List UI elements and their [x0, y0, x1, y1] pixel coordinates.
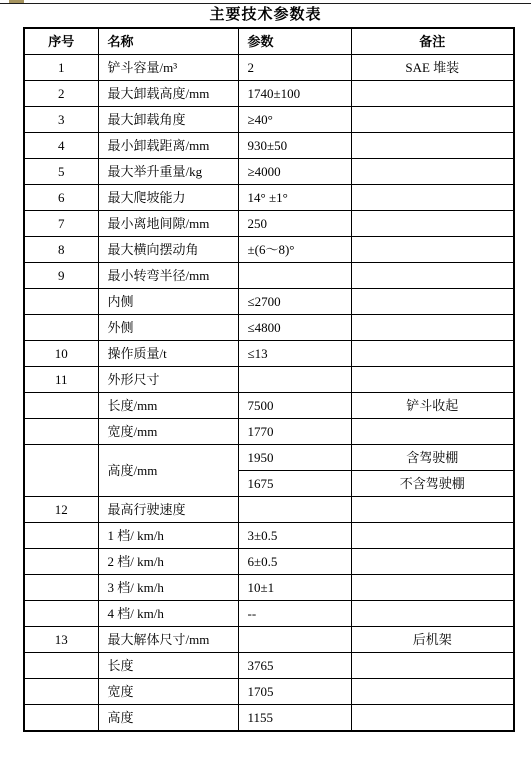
- cell-name: 外形尺寸: [98, 367, 238, 393]
- cell-note: 含驾驶棚: [351, 445, 514, 471]
- cell-param: [238, 367, 351, 393]
- cell-seq: 8: [24, 237, 98, 263]
- cell-note: [351, 185, 514, 211]
- cell-seq: 7: [24, 211, 98, 237]
- table-row: 11外形尺寸: [24, 367, 514, 393]
- cell-param: --: [238, 601, 351, 627]
- cell-seq: 10: [24, 341, 98, 367]
- cell-note: [351, 497, 514, 523]
- cell-param: 3765: [238, 653, 351, 679]
- cell-note: [351, 549, 514, 575]
- cell-name: 4 档/ km/h: [98, 601, 238, 627]
- cell-name: 铲斗容量/m³: [98, 55, 238, 81]
- table-row: 9最小转弯半径/mm: [24, 263, 514, 289]
- cell-seq: 9: [24, 263, 98, 289]
- table-header: 序号 名称 参数 备注: [24, 28, 514, 55]
- cell-name: 最大横向摆动角: [98, 237, 238, 263]
- cell-name: 最大卸载高度/mm: [98, 81, 238, 107]
- cell-note: [351, 81, 514, 107]
- cell-note: [351, 679, 514, 705]
- cell-seq: 13: [24, 627, 98, 653]
- cell-seq: [24, 653, 98, 679]
- cell-seq: 3: [24, 107, 98, 133]
- table-row: 2 档/ km/h6±0.5: [24, 549, 514, 575]
- cell-name: 3 档/ km/h: [98, 575, 238, 601]
- cell-note: [351, 601, 514, 627]
- cell-name: 内侧: [98, 289, 238, 315]
- table-row: 4 档/ km/h--: [24, 601, 514, 627]
- cell-param: ≤4800: [238, 315, 351, 341]
- table-row: 2最大卸载高度/mm1740±100: [24, 81, 514, 107]
- table-row: 4最小卸载距离/mm930±50: [24, 133, 514, 159]
- cell-note: [351, 653, 514, 679]
- header-name: 名称: [98, 28, 238, 55]
- table-row: 12最高行驶速度: [24, 497, 514, 523]
- cell-seq: 5: [24, 159, 98, 185]
- table-row: 5最大举升重量/kg≥4000: [24, 159, 514, 185]
- cell-note: [351, 315, 514, 341]
- table-row: 长度/mm7500铲斗收起: [24, 393, 514, 419]
- cell-param: 6±0.5: [238, 549, 351, 575]
- cell-name: 长度/mm: [98, 393, 238, 419]
- cell-param: 1705: [238, 679, 351, 705]
- cell-note: [351, 705, 514, 732]
- cell-param: [238, 627, 351, 653]
- cell-seq: [24, 575, 98, 601]
- top-divider: [0, 3, 531, 4]
- cell-note: [351, 159, 514, 185]
- page-title: 主要技术参数表: [0, 0, 531, 27]
- cell-name: 1 档/ km/h: [98, 523, 238, 549]
- cell-note: [351, 263, 514, 289]
- header-row: 序号 名称 参数 备注: [24, 28, 514, 55]
- cell-param: 250: [238, 211, 351, 237]
- cell-seq: [24, 419, 98, 445]
- header-seq: 序号: [24, 28, 98, 55]
- table-row: 内侧≤2700: [24, 289, 514, 315]
- cell-note: 后机架: [351, 627, 514, 653]
- table-row: 13最大解体尺寸/mm后机架: [24, 627, 514, 653]
- cell-param: ≥40°: [238, 107, 351, 133]
- cell-param: ≤2700: [238, 289, 351, 315]
- cell-name: 最大卸载角度: [98, 107, 238, 133]
- cell-param: 1155: [238, 705, 351, 732]
- cell-note: [351, 523, 514, 549]
- cell-param: 2: [238, 55, 351, 81]
- cell-param: 7500: [238, 393, 351, 419]
- table-row: 外侧≤4800: [24, 315, 514, 341]
- cell-name: 最大解体尺寸/mm: [98, 627, 238, 653]
- cell-param: 10±1: [238, 575, 351, 601]
- parameters-table: 序号 名称 参数 备注 1铲斗容量/m³2SAE 堆装2最大卸载高度/mm174…: [23, 27, 515, 732]
- header-param: 参数: [238, 28, 351, 55]
- cell-note: [351, 133, 514, 159]
- cell-note: 不含驾驶棚: [351, 471, 514, 497]
- cell-seq: 4: [24, 133, 98, 159]
- cell-param: 930±50: [238, 133, 351, 159]
- cell-note: [351, 107, 514, 133]
- cell-note: [351, 341, 514, 367]
- table-row: 1铲斗容量/m³2SAE 堆装: [24, 55, 514, 81]
- cell-param: 1950: [238, 445, 351, 471]
- table-body: 1铲斗容量/m³2SAE 堆装2最大卸载高度/mm1740±1003最大卸载角度…: [24, 55, 514, 732]
- cell-seq: 12: [24, 497, 98, 523]
- cell-param: [238, 263, 351, 289]
- cell-note: [351, 211, 514, 237]
- cell-name: 最小卸载距离/mm: [98, 133, 238, 159]
- table-row: 高度/mm1950含驾驶棚: [24, 445, 514, 471]
- cell-param: 14° ±1°: [238, 185, 351, 211]
- cell-name: 长度: [98, 653, 238, 679]
- table-row: 宽度/mm1770: [24, 419, 514, 445]
- cell-param: [238, 497, 351, 523]
- cell-name: 最小转弯半径/mm: [98, 263, 238, 289]
- table-row: 高度1155: [24, 705, 514, 732]
- table-row: 宽度1705: [24, 679, 514, 705]
- cell-param: 3±0.5: [238, 523, 351, 549]
- table-row: 7最小离地间隙/mm250: [24, 211, 514, 237]
- table-row: 3 档/ km/h10±1: [24, 575, 514, 601]
- cell-seq: [24, 315, 98, 341]
- cell-seq: 1: [24, 55, 98, 81]
- cell-note: [351, 575, 514, 601]
- cell-seq: [24, 705, 98, 732]
- cell-name: 操作质量/t: [98, 341, 238, 367]
- cell-seq: 11: [24, 367, 98, 393]
- table-row: 6最大爬坡能力14° ±1°: [24, 185, 514, 211]
- cell-param: 1770: [238, 419, 351, 445]
- cell-name: 宽度/mm: [98, 419, 238, 445]
- cell-name: 宽度: [98, 679, 238, 705]
- cell-name: 最高行驶速度: [98, 497, 238, 523]
- cell-name: 外侧: [98, 315, 238, 341]
- header-note: 备注: [351, 28, 514, 55]
- cell-seq: [24, 679, 98, 705]
- cell-param: 1740±100: [238, 81, 351, 107]
- cell-name: 最大举升重量/kg: [98, 159, 238, 185]
- table-row: 8最大横向摆动角±(6～8)°: [24, 237, 514, 263]
- cell-note: [351, 419, 514, 445]
- cell-seq: [24, 393, 98, 419]
- cell-seq: [24, 523, 98, 549]
- table-row: 10操作质量/t≤13: [24, 341, 514, 367]
- cell-name: 高度: [98, 705, 238, 732]
- cell-name: 最小离地间隙/mm: [98, 211, 238, 237]
- cell-seq: [24, 289, 98, 315]
- cell-seq: 2: [24, 81, 98, 107]
- table-row: 1 档/ km/h3±0.5: [24, 523, 514, 549]
- cell-note: [351, 289, 514, 315]
- cell-name: 高度/mm: [98, 445, 238, 497]
- cell-note: SAE 堆装: [351, 55, 514, 81]
- cell-note: 铲斗收起: [351, 393, 514, 419]
- table-row: 3最大卸载角度≥40°: [24, 107, 514, 133]
- cell-param: ≤13: [238, 341, 351, 367]
- cell-name: 2 档/ km/h: [98, 549, 238, 575]
- cell-seq: [24, 445, 98, 497]
- cell-note: [351, 367, 514, 393]
- cell-param: 1675: [238, 471, 351, 497]
- cell-param: ±(6～8)°: [238, 237, 351, 263]
- cell-seq: [24, 601, 98, 627]
- cell-name: 最大爬坡能力: [98, 185, 238, 211]
- table-row: 长度3765: [24, 653, 514, 679]
- cell-seq: 6: [24, 185, 98, 211]
- cell-seq: [24, 549, 98, 575]
- cell-param: ≥4000: [238, 159, 351, 185]
- cell-note: [351, 237, 514, 263]
